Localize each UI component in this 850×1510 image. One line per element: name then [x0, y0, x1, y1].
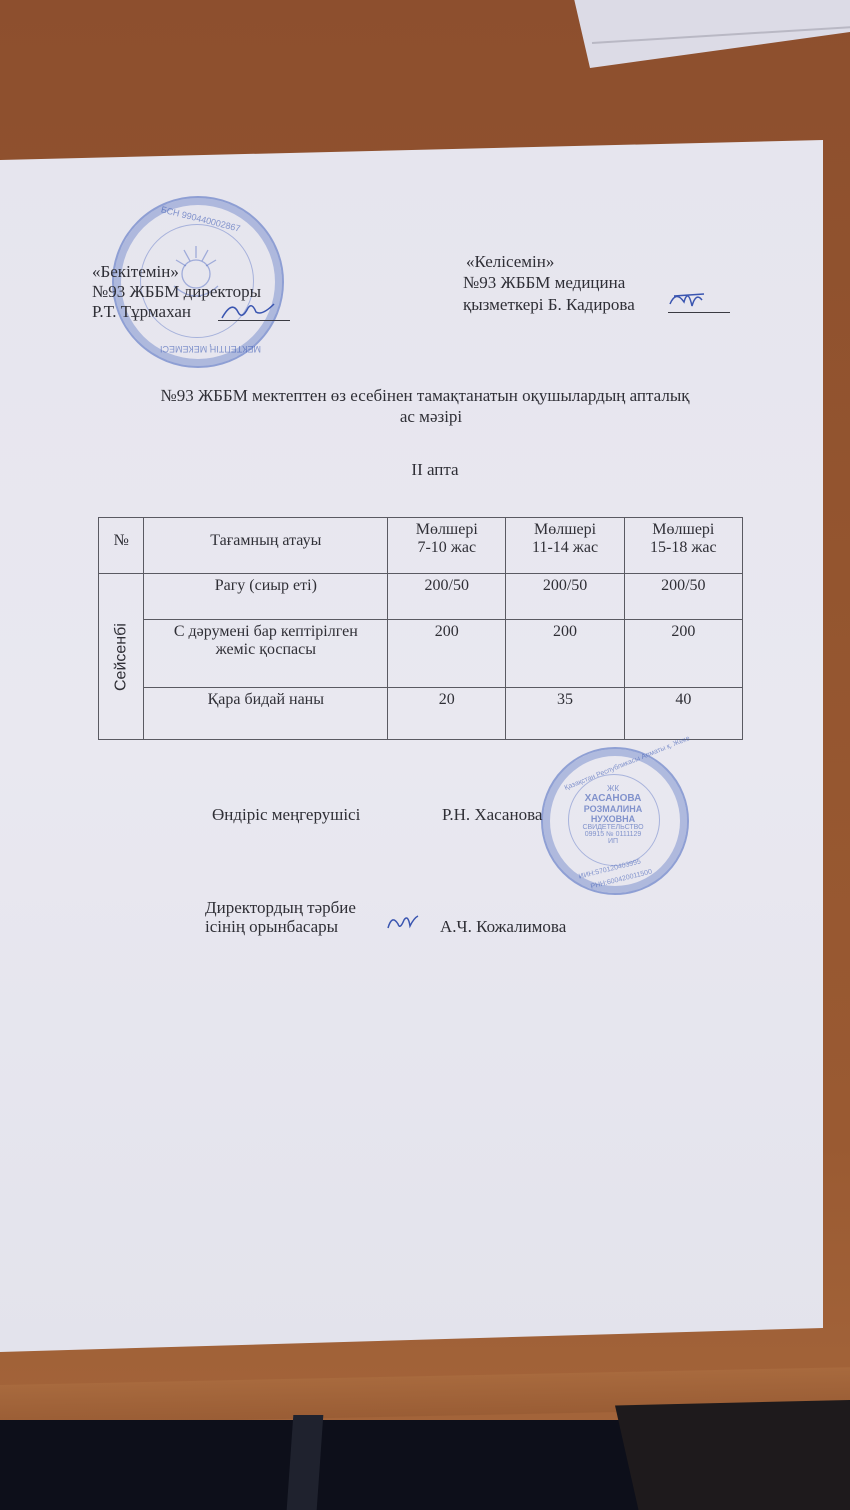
- approval-right-line3: қызметкері Б. Кадирова: [463, 295, 635, 314]
- deputy-title-line2: ісінің орынбасары: [205, 917, 338, 936]
- document-title-line2: ас мәзірі: [0, 407, 850, 426]
- approval-left-line1: «Бекітемін»: [92, 262, 179, 281]
- header-portion-15-18: Мөлшері 15-18 жас: [624, 518, 742, 574]
- portion-value: 20: [388, 688, 506, 740]
- portion-value: 40: [624, 688, 742, 740]
- floor-shadow: [615, 1400, 850, 1510]
- header-portion-7-10: Мөлшері 7-10 жас: [388, 518, 506, 574]
- portion-value: 200/50: [624, 574, 742, 620]
- portion-value: 200: [624, 620, 742, 688]
- document-title-line1: №93 ЖББМ мектептен өз есебінен тамақтана…: [0, 386, 850, 405]
- stamp-left-bottom-text: МЕКТЕПТІҢ МЕКЕМЕСІ: [160, 344, 261, 354]
- production-head-name: Р.Н. Хасанова: [442, 805, 542, 824]
- table-header-row: № Тағамның атауы Мөлшері 7-10 жас Мөлшер…: [99, 518, 743, 574]
- stamp-ip-center: ЖК ХАСАНОВА РОЗМАЛИНА НУХОВНА СВИДЕТЕЛЬС…: [568, 784, 658, 845]
- dish-name: С дәрумені бар кептірілген жеміс қоспасы: [144, 620, 388, 688]
- portion-value: 200: [506, 620, 624, 688]
- dish-name: Қара бидай наны: [144, 688, 388, 740]
- table-row: С дәрумені бар кептірілген жеміс қоспасы…: [99, 620, 743, 688]
- approval-right-line2: №93 ЖББМ медицина: [463, 273, 625, 292]
- director-signature-icon: [218, 298, 278, 324]
- portion-value: 200/50: [388, 574, 506, 620]
- approval-left-line3: Р.Т. Тұрмахан: [92, 302, 191, 321]
- header-dish-name: Тағамның атауы: [144, 518, 388, 574]
- deputy-name: А.Ч. Кожалимова: [440, 917, 566, 936]
- portion-value: 200: [388, 620, 506, 688]
- week-label: II апта: [0, 460, 850, 479]
- nurse-signature-icon: [666, 284, 710, 314]
- approval-right-line1: «Келісемін»: [466, 252, 554, 271]
- portion-value: 35: [506, 688, 624, 740]
- table-row: Қара бидай наны 20 35 40: [99, 688, 743, 740]
- day-label: Сейсенбі: [99, 574, 144, 740]
- menu-table: № Тағамның атауы Мөлшері 7-10 жас Мөлшер…: [98, 517, 743, 740]
- portion-value: 200/50: [506, 574, 624, 620]
- table-row: Сейсенбі Рагу (сиыр еті) 200/50 200/50 2…: [99, 574, 743, 620]
- header-number: №: [99, 518, 144, 574]
- deputy-title-line1: Директордың тәрбие: [205, 898, 356, 917]
- dish-name: Рагу (сиыр еті): [144, 574, 388, 620]
- deputy-signature-icon: [384, 910, 420, 934]
- production-head-title: Өндіріс меңгерушісі: [212, 805, 360, 824]
- header-portion-11-14: Мөлшері 11-14 жас: [506, 518, 624, 574]
